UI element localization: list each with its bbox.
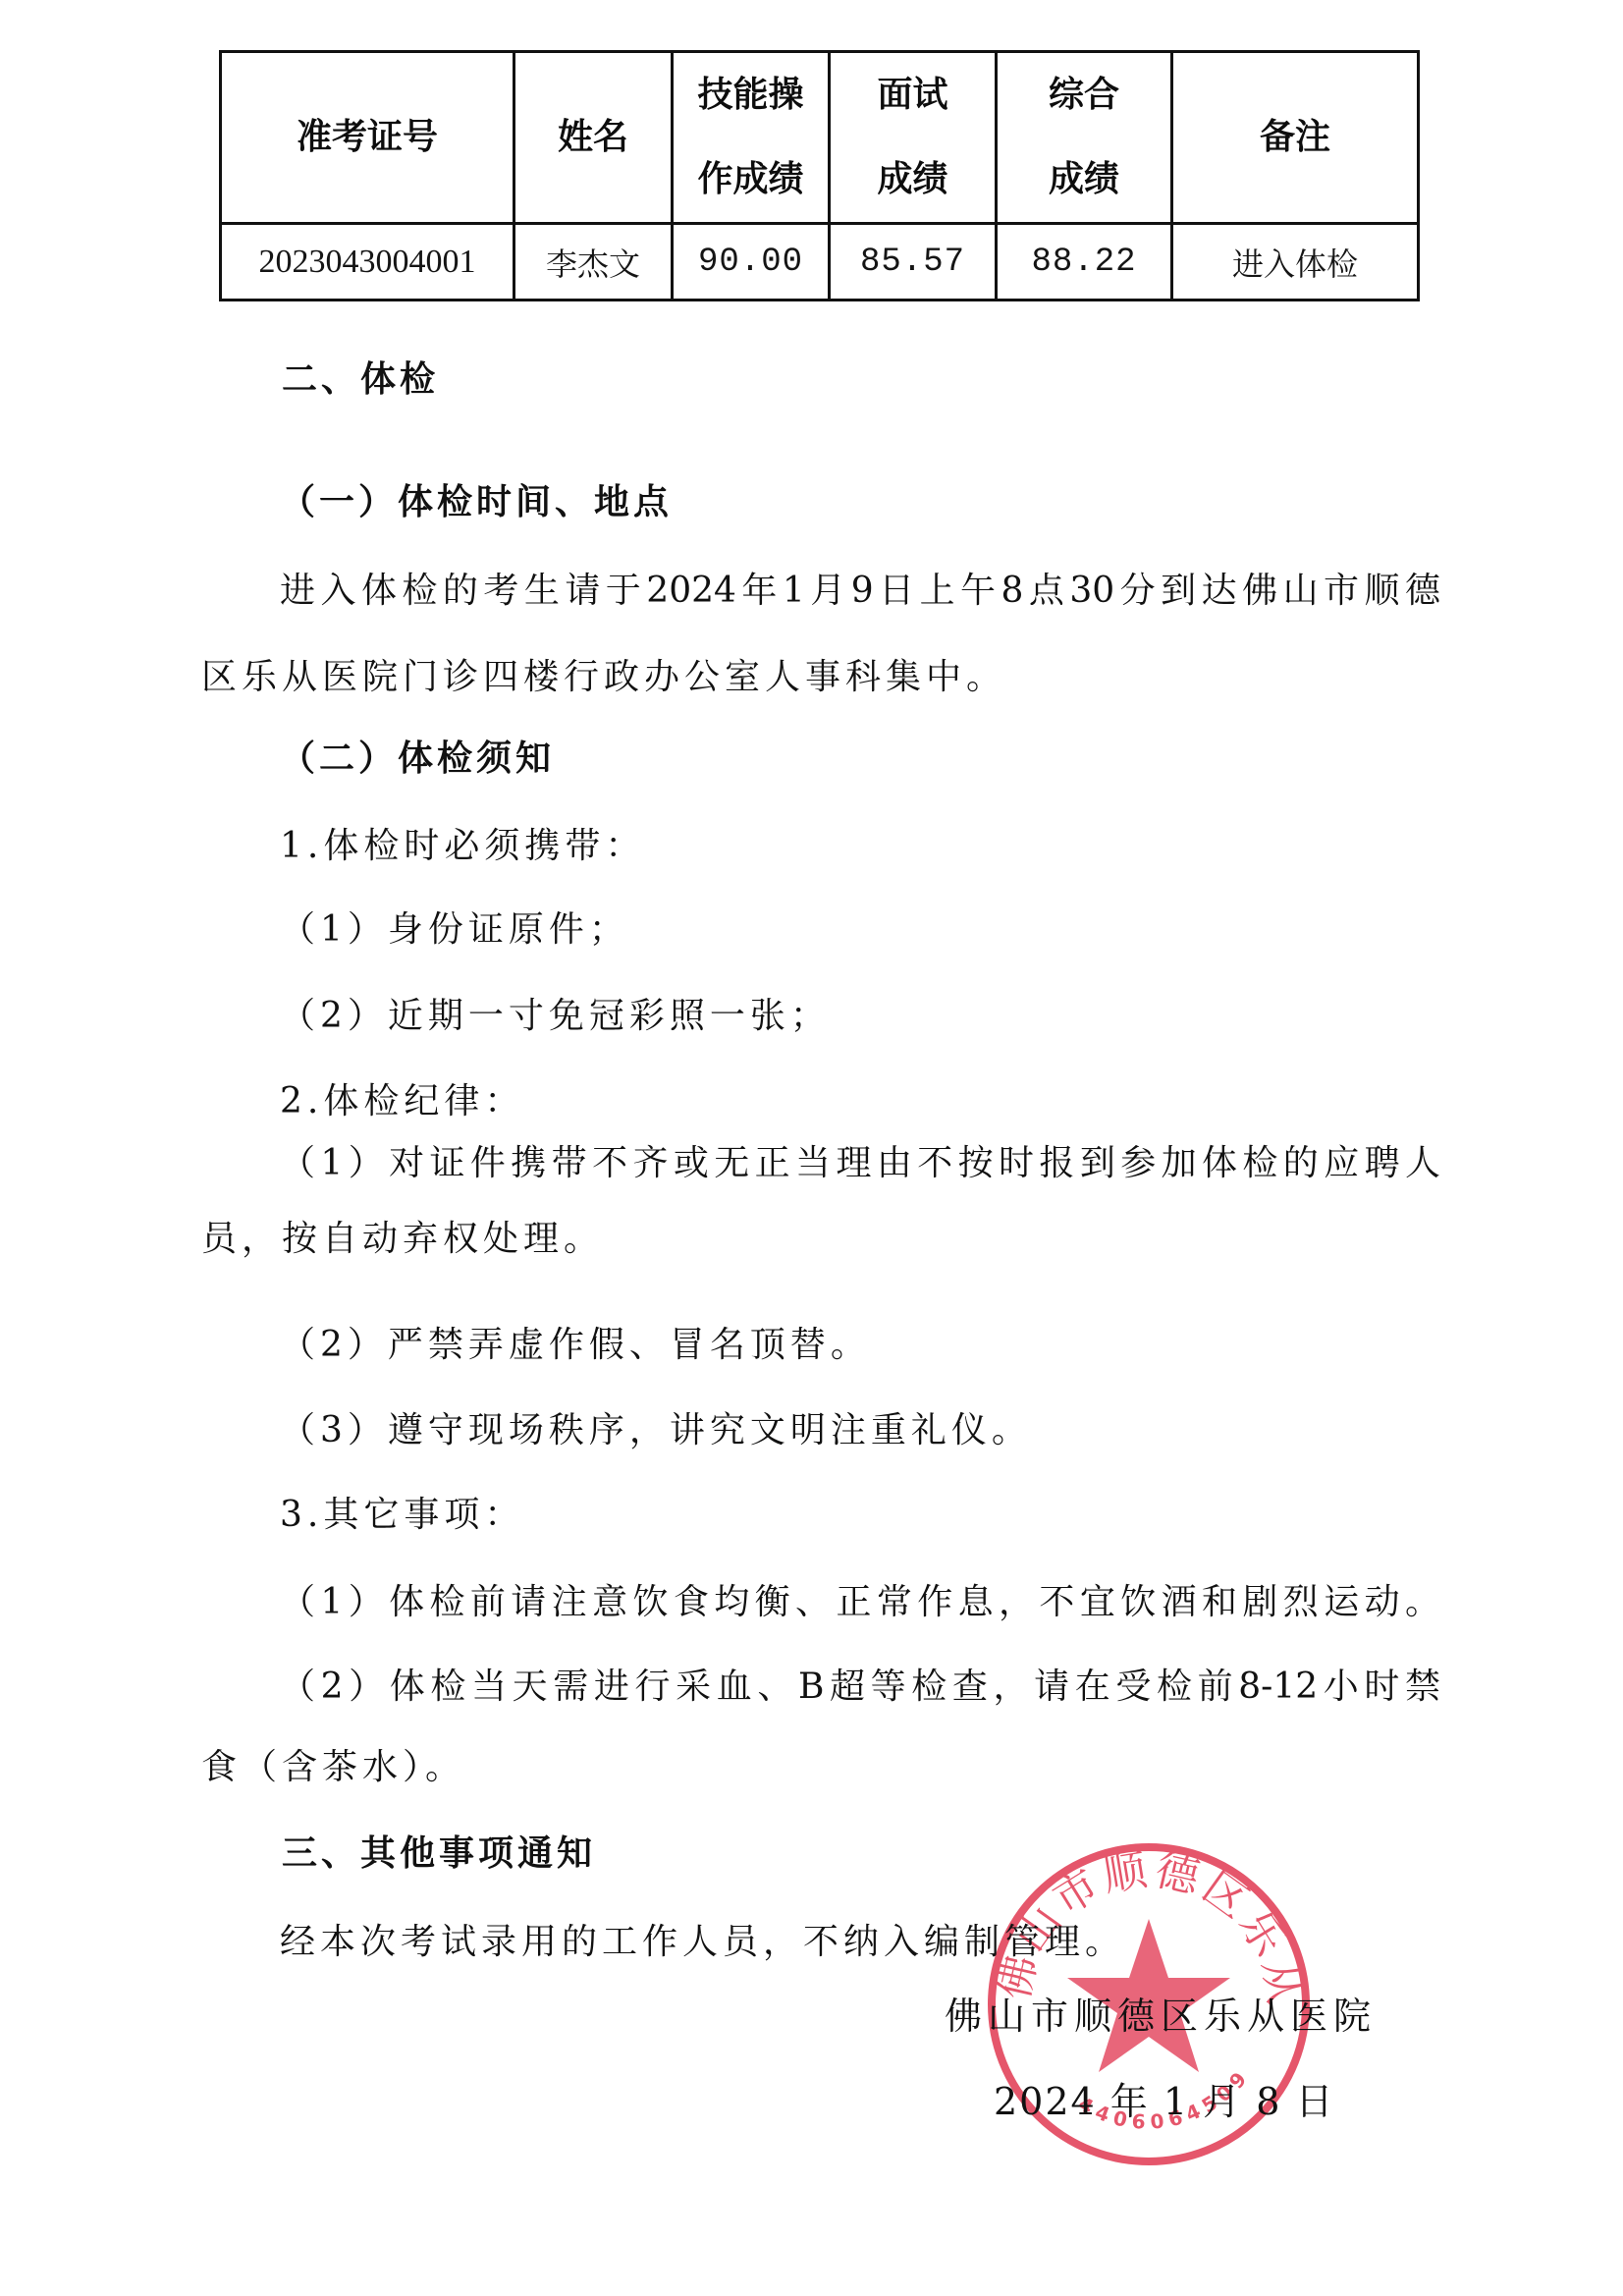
- item3-b-line1: （2）体检当天需进行采血、B超等检查，请在受检前8-12小时禁: [280, 1665, 1440, 1710]
- item3-b-line2: 食（含茶水）。: [201, 1745, 465, 1790]
- item1-b: （2）近期一寸免冠彩照一张；: [280, 994, 831, 1039]
- item2-b: （2）严禁弄虚作假、冒名顶替。: [280, 1323, 871, 1368]
- header-total-score: 综合成绩: [997, 52, 1172, 224]
- cell-exam-id: 2023043004001: [221, 224, 514, 301]
- header-remark: 备注: [1172, 52, 1419, 224]
- header-interview-score: 面试成绩: [830, 52, 997, 224]
- paragraph-time-place-line2: 区乐从医院门诊四楼行政办公室人事科集中。: [201, 655, 1006, 700]
- signature-date: 2024 年 1 月 8 日: [994, 2079, 1334, 2124]
- cell-skill-score: 90.00: [673, 224, 830, 301]
- item3-a: （1）体检前请注意饮食均衡、正常作息，不宜饮酒和剧烈运动。: [280, 1580, 1440, 1625]
- header-label-line1: 综合: [1049, 75, 1119, 115]
- subsection-title-notes: （二）体检须知: [280, 737, 555, 782]
- item2-title: 2.体检纪律：: [280, 1079, 524, 1124]
- cell-remark: 进入体检: [1172, 224, 1419, 301]
- header-label-line1: 面试: [877, 75, 947, 115]
- section-title-other-notice: 三、其他事项通知: [282, 1831, 596, 1877]
- header-label: 姓名: [558, 117, 628, 157]
- item2-c: （3）遵守现场秩序，讲究文明注重礼仪。: [280, 1408, 1032, 1453]
- cell-total-score: 88.22: [997, 224, 1172, 301]
- item1-title: 1.体检时必须携带：: [280, 824, 645, 869]
- header-exam-id: 准考证号: [221, 52, 514, 224]
- cell-name: 李杰文: [514, 224, 673, 301]
- paragraph-time-place-line1: 进入体检的考生请于2024年1月9日上午8点30分到达佛山市顺德: [280, 569, 1440, 614]
- header-label-line2: 成绩: [877, 159, 947, 199]
- item3-title: 3.其它事项：: [280, 1493, 524, 1538]
- section-title-physical-exam: 二、体检: [282, 357, 439, 403]
- header-label: 准考证号: [297, 117, 438, 157]
- subsection-title-time-place: （一）体检时间、地点: [280, 480, 673, 525]
- header-label-line2: 作成绩: [697, 159, 803, 199]
- item2-a-line2: 员，按自动弃权处理。: [201, 1217, 604, 1262]
- header-label: 备注: [1260, 117, 1330, 157]
- table-header-row: 准考证号 姓名 技能操作成绩 面试成绩 综合成绩 备注: [221, 52, 1419, 224]
- table-row: 2023043004001 李杰文 90.00 85.57 88.22 进入体检: [221, 224, 1419, 301]
- item2-a-line1: （1）对证件携带不齐或无正当理由不按时报到参加体检的应聘人: [280, 1141, 1440, 1186]
- cell-interview-score: 85.57: [830, 224, 997, 301]
- header-skill-score: 技能操作成绩: [673, 52, 830, 224]
- header-label-line2: 成绩: [1049, 159, 1119, 199]
- document-page: 准考证号 姓名 技能操作成绩 面试成绩 综合成绩 备注 202304300400…: [0, 0, 1623, 2296]
- header-name: 姓名: [514, 52, 673, 224]
- signature-organization: 佛山市顺德区乐从医院: [945, 1994, 1377, 2039]
- item1-a: （1）身份证原件；: [280, 907, 629, 953]
- header-label-line1: 技能操: [697, 75, 803, 115]
- paragraph-other-notice: 经本次考试录用的工作人员，不纳入编制管理。: [280, 1920, 1125, 1965]
- score-table: 准考证号 姓名 技能操作成绩 面试成绩 综合成绩 备注 202304300400…: [219, 50, 1420, 301]
